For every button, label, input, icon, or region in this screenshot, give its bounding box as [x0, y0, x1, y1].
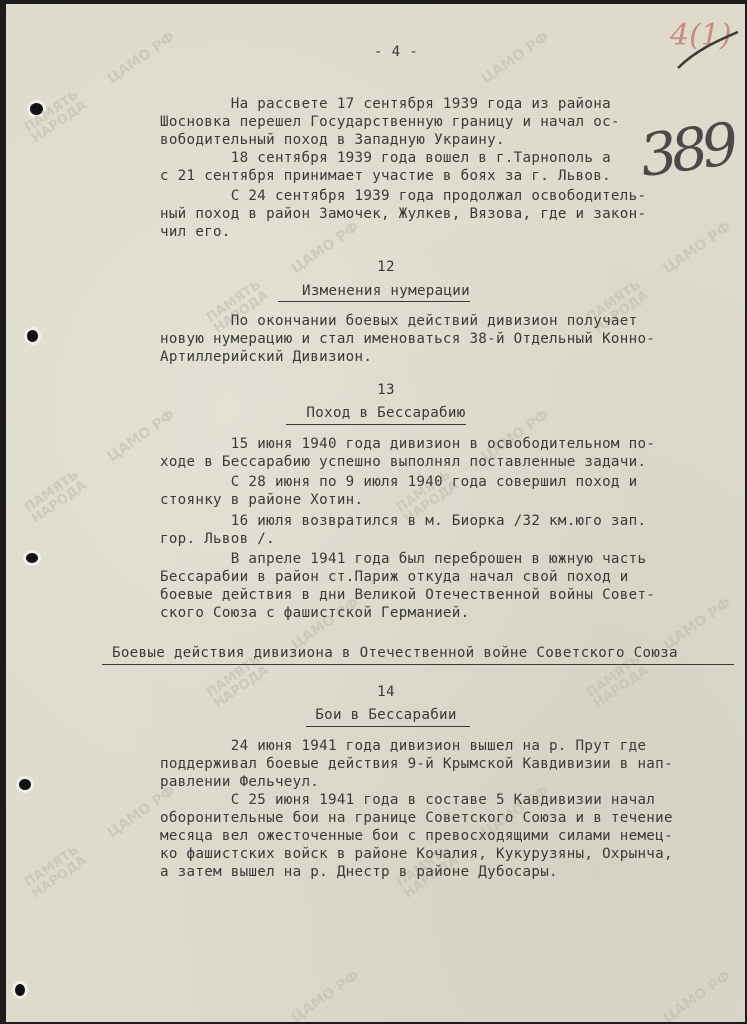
punch-hole	[15, 984, 25, 996]
section-12-number: 12	[336, 259, 436, 275]
folio-number: 389	[636, 110, 737, 190]
watermark-project: ПАМЯТЬНАРОДА	[584, 653, 651, 711]
punch-hole	[19, 779, 31, 790]
punch-hole	[27, 330, 38, 342]
section-12-underline	[278, 301, 470, 302]
document-page: ЦАМО РФ ЦАМО РФ ЦАМО РФ ЦАМО РФ ЦАМО РФ …	[6, 4, 745, 1022]
watermark-project: ПАМЯТЬНАРОДА	[22, 468, 89, 526]
punch-hole	[26, 553, 38, 563]
section-13-underline	[286, 424, 466, 425]
section-14-number: 14	[336, 684, 436, 700]
section-14-underline	[306, 726, 470, 727]
chapter-heading-underline	[102, 664, 734, 665]
section-13-title: Поход в Бессарабию	[276, 405, 496, 421]
watermark-archive: ЦАМО РФ	[479, 29, 553, 87]
watermark-project: ПАМЯТЬНАРОДА	[22, 843, 89, 901]
pencil-stroke	[674, 24, 744, 74]
chapter-heading: Боевые действия дивизиона в Отечественно…	[112, 645, 678, 661]
page-number: - 4 -	[306, 44, 486, 60]
section-14-title: Бои в Бессарабии	[286, 707, 486, 723]
section-12-title: Изменения нумерации	[276, 283, 496, 299]
watermark-archive: ЦАМО РФ	[661, 968, 735, 1024]
watermark-archive: ЦАМО РФ	[105, 29, 179, 87]
watermark-project: ПАМЯТЬНАРОДА	[204, 653, 271, 711]
watermark-archive: ЦАМО РФ	[661, 219, 735, 277]
watermark-project: ПАМЯТЬНАРОДА	[22, 88, 89, 146]
section-13-number: 13	[336, 382, 436, 398]
watermark-archive: ЦАМО РФ	[289, 968, 363, 1024]
